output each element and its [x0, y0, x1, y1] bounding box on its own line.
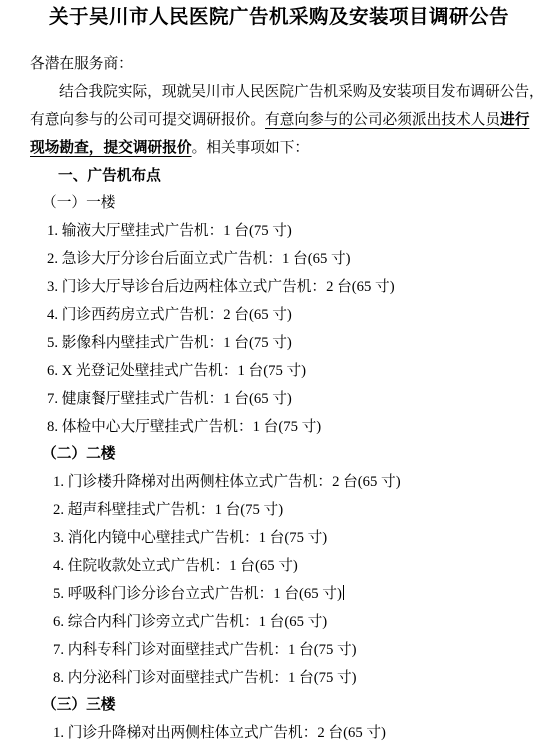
list-item: 1. 输液大厅壁挂式广告机：1 台(75 寸)	[0, 218, 558, 246]
list-item: 5. 呼吸科门诊分诊台立式广告机：1 台(65 寸)	[0, 581, 558, 609]
list-item: 5. 影像科内壁挂式广告机：1 台(75 寸)	[0, 330, 558, 358]
intro-line-2: 有意向参与的公司可提交调研报价。有意向参与的公司必须派出技术人员进行	[0, 107, 558, 135]
section-heading: 一、广告机布点	[0, 163, 558, 191]
document-title: 关于吴川市人民医院广告机采购及安装项目调研公告	[0, 0, 558, 34]
list-item-text: 8. 体检中心大厅壁挂式广告机：1 台(75 寸)	[47, 419, 321, 435]
list-item: 7. 健康餐厅壁挂式广告机：1 台(65 寸)	[0, 386, 558, 414]
list-item-text: 6. X 光登记处壁挂式广告机：1 台(75 寸)	[47, 363, 306, 379]
list-item-text: 7. 健康餐厅壁挂式广告机：1 台(65 寸)	[47, 391, 292, 407]
intro-line3-bold-underlined: 现场勘查，提交调研报价	[30, 140, 192, 156]
list-item: 6. 综合内科门诊旁立式广告机：1 台(65 寸)	[0, 609, 558, 637]
floor-heading: （二）二楼	[0, 441, 558, 469]
list-item-text: 1. 输液大厅壁挂式广告机：1 台(75 寸)	[47, 223, 292, 239]
list-item-text: 1. 门诊楼升降梯对出两侧柱体立式广告机：2 台(65 寸)	[53, 474, 401, 490]
list-item-text: 2. 急诊大厅分诊台后面立式广告机：1 台(65 寸)	[47, 251, 351, 267]
list-item: 6. X 光登记处壁挂式广告机：1 台(75 寸)	[0, 358, 558, 386]
document-page[interactable]: 关于吴川市人民医院广告机采购及安装项目调研公告 各潜在服务商： 结合我院实际，现…	[0, 0, 558, 748]
intro-line-1: 结合我院实际，现就吴川市人民医院广告机采购及安装项目发布调研公告，	[0, 79, 558, 107]
list-item: 4. 门诊西药房立式广告机：2 台(65 寸)	[0, 302, 558, 330]
list-item-text: 5. 影像科内壁挂式广告机：1 台(75 寸)	[47, 335, 292, 351]
intro-line3-normal: 。相关事项如下：	[192, 140, 310, 156]
floor-heading: （一）一楼	[0, 190, 558, 218]
list-item: 4. 住院收款处立式广告机：1 台(65 寸)	[0, 553, 558, 581]
list-item-text: 5. 呼吸科门诊分诊台立式广告机：1 台(65 寸)	[53, 586, 342, 602]
list-item-text: 3. 消化内镜中心壁挂式广告机：1 台(75 寸)	[53, 530, 327, 546]
list-item: 8. 体检中心大厅壁挂式广告机：1 台(75 寸)	[0, 414, 558, 442]
list-item-text: 6. 综合内科门诊旁立式广告机：1 台(65 寸)	[53, 614, 327, 630]
list-item-text: 4. 住院收款处立式广告机：1 台(65 寸)	[53, 558, 298, 574]
intro-line2-underlined: 有意向参与的公司必须派出技术人员	[265, 112, 500, 128]
intro-line2-bold-underlined: 进行	[500, 112, 529, 128]
list-item-text: 4. 门诊西药房立式广告机：2 台(65 寸)	[47, 307, 292, 323]
floors-container: （一）一楼1. 输液大厅壁挂式广告机：1 台(75 寸)2. 急诊大厅分诊台后面…	[0, 190, 558, 748]
intro-line1-text: 结合我院实际，现就吴川市人民医院广告机采购及安装项目发布调研公告，	[59, 84, 544, 100]
list-item: 1. 门诊楼升降梯对出两侧柱体立式广告机：2 台(65 寸)	[0, 469, 558, 497]
floor-heading: （三）三楼	[0, 692, 558, 720]
document-body: 各潜在服务商： 结合我院实际，现就吴川市人民医院广告机采购及安装项目发布调研公告…	[0, 51, 558, 748]
list-item-text: 8. 内分泌科门诊对面壁挂式广告机：1 台(75 寸)	[53, 670, 357, 686]
list-item-text: 2. 超声科壁挂式广告机：1 台(75 寸)	[53, 502, 283, 518]
list-item-text: 3. 门诊大厅导诊台后边两柱体立式广告机：2 台(65 寸)	[47, 279, 395, 295]
intro-line2-normal: 有意向参与的公司可提交调研报价。	[30, 112, 265, 128]
intro-line-3: 现场勘查，提交调研报价。相关事项如下：	[0, 135, 558, 163]
list-item: 3. 消化内镜中心壁挂式广告机：1 台(75 寸)	[0, 525, 558, 553]
salutation: 各潜在服务商：	[0, 51, 558, 79]
list-item-text: 7. 内科专科门诊对面壁挂式广告机：1 台(75 寸)	[53, 642, 357, 658]
list-item-text: 1. 门诊升降梯对出两侧柱体立式广告机：2 台(65 寸)	[53, 725, 386, 741]
list-item: 8. 内分泌科门诊对面壁挂式广告机：1 台(75 寸)	[0, 665, 558, 693]
list-item: 1. 门诊升降梯对出两侧柱体立式广告机：2 台(65 寸)	[0, 720, 558, 748]
list-item: 2. 急诊大厅分诊台后面立式广告机：1 台(65 寸)	[0, 246, 558, 274]
text-cursor	[343, 585, 345, 600]
list-item: 2. 超声科壁挂式广告机：1 台(75 寸)	[0, 497, 558, 525]
list-item: 7. 内科专科门诊对面壁挂式广告机：1 台(75 寸)	[0, 637, 558, 665]
list-item: 3. 门诊大厅导诊台后边两柱体立式广告机：2 台(65 寸)	[0, 274, 558, 302]
